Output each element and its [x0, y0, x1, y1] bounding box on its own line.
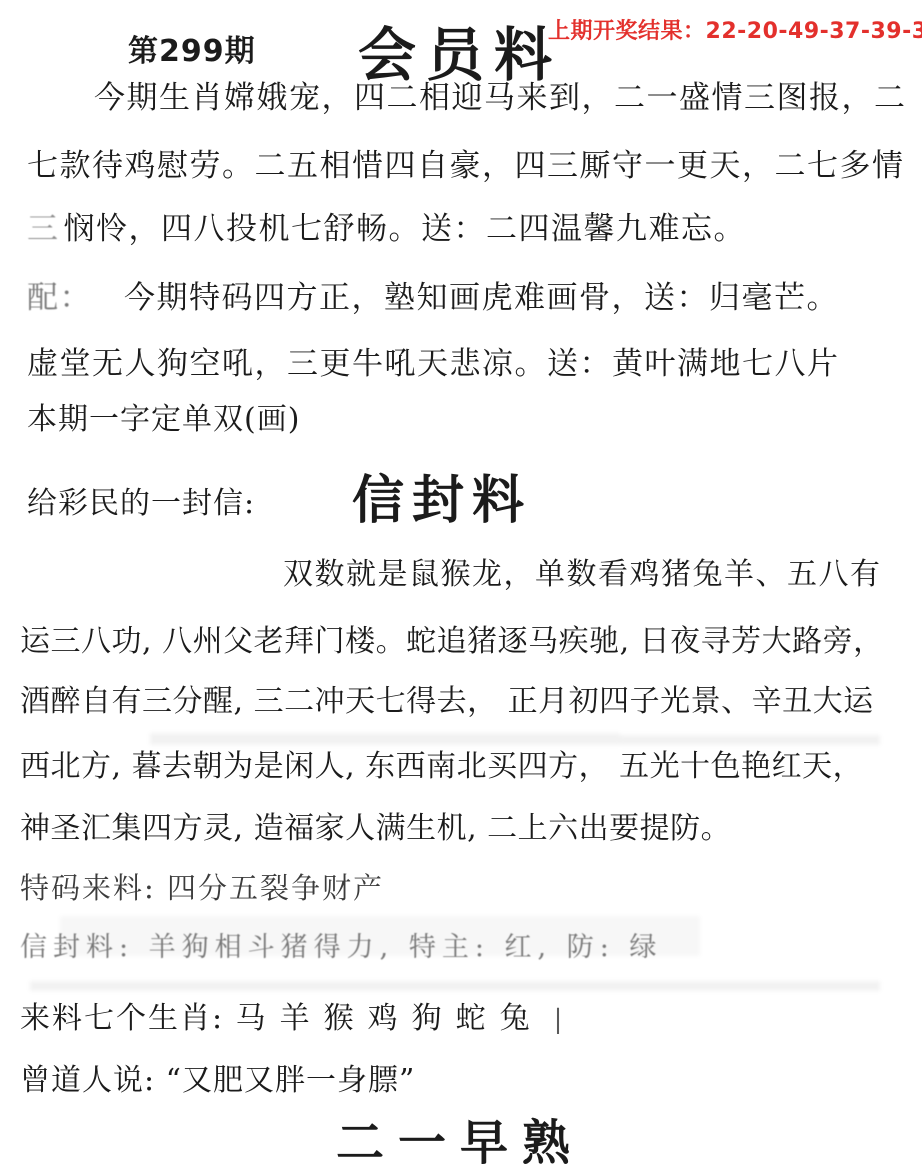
letter-intro: 给彩民的一封信:	[27, 478, 255, 522]
zodiac-tip: 来料七个生肖: 马羊猴鸡狗蛇兔|	[20, 993, 564, 1037]
zodiac-animals: 马羊猴鸡狗蛇兔	[236, 1001, 544, 1036]
special-code-tip: 特码来料: 四分五裂争财产	[20, 866, 384, 907]
member-line-4: 配：今期特码四方正，塾知画虎难画骨，送：归毫芒。	[27, 272, 839, 317]
member-line-6: 本期一字定单双(画)	[27, 394, 300, 438]
member-line-2: 七款待鸡慰劳。二五相惜四自豪，四三厮守一更天，二七多情	[27, 140, 905, 185]
member-line-3-rest: 悯怜，四八投机七舒畅。送：二四温馨九难忘。	[64, 211, 747, 247]
member-line-3-faded: 三	[27, 211, 60, 247]
last-draw-label: 上期开奖结果：	[548, 19, 706, 44]
last-draw-result: 上期开奖结果：22-20-49-37-39-35+23	[548, 14, 922, 45]
letter-line-3: 酒醉自有三分醒, 三二冲天七得去， 正月初四子光景、辛丑大运	[20, 676, 874, 720]
letter-line-4: 西北方, 暮去朝为是闲人, 东西南北买四方， 五光十色艳红天，	[20, 741, 863, 785]
zodiac-label: 来料七个生肖:	[20, 1001, 236, 1036]
scan-smudge	[150, 733, 620, 745]
envelope-tip: 信封料: 羊狗相斗猪得力, 特主: 红, 防: 绿	[20, 925, 662, 964]
member-line-3: 三悯怜，四八投机七舒畅。送：二四温馨九难忘。	[27, 203, 746, 248]
scan-bar-artifact: |	[554, 1005, 565, 1035]
letter-line-1: 双数就是鼠猴龙，单数看鸡猪兔羊、五八有	[283, 549, 882, 593]
issue-number: 第299期	[128, 26, 256, 70]
master-quote: 曾道人说: “又肥又胖一身膘”	[20, 1055, 415, 1099]
member-line-4-rest: 今期特码四方正，塾知画虎难画骨，送：归毫芒。	[124, 280, 839, 316]
letter-line-5: 神圣汇集四方灵, 造福家人满生机, 二上六出要提防。	[20, 803, 731, 847]
lottery-tip-sheet: 第299期 会员料 上期开奖结果：22-20-49-37-39-35+23 今期…	[0, 0, 922, 1167]
member-line-1: 今期生肖嫦娥宠，四二相迎马来到，二一盛情三图报，二	[94, 72, 907, 117]
letter-line-2: 运三八功, 八州父老拜门楼。蛇追猪逐马疾驰, 日夜寻芳大路旁，	[20, 616, 884, 660]
last-draw-numbers: 22-20-49-37-39-35+23	[706, 19, 922, 44]
member-line-4-faded: 配：	[27, 280, 92, 316]
scan-smudge	[30, 981, 880, 991]
letter-title: 信封料	[352, 458, 532, 533]
member-line-5: 虚堂无人狗空吼，三更牛吼天悲凉。送：黄叶满地七八片	[27, 338, 840, 383]
scan-smudge	[620, 735, 880, 745]
footer-headline: 二一早熟	[336, 1104, 584, 1167]
